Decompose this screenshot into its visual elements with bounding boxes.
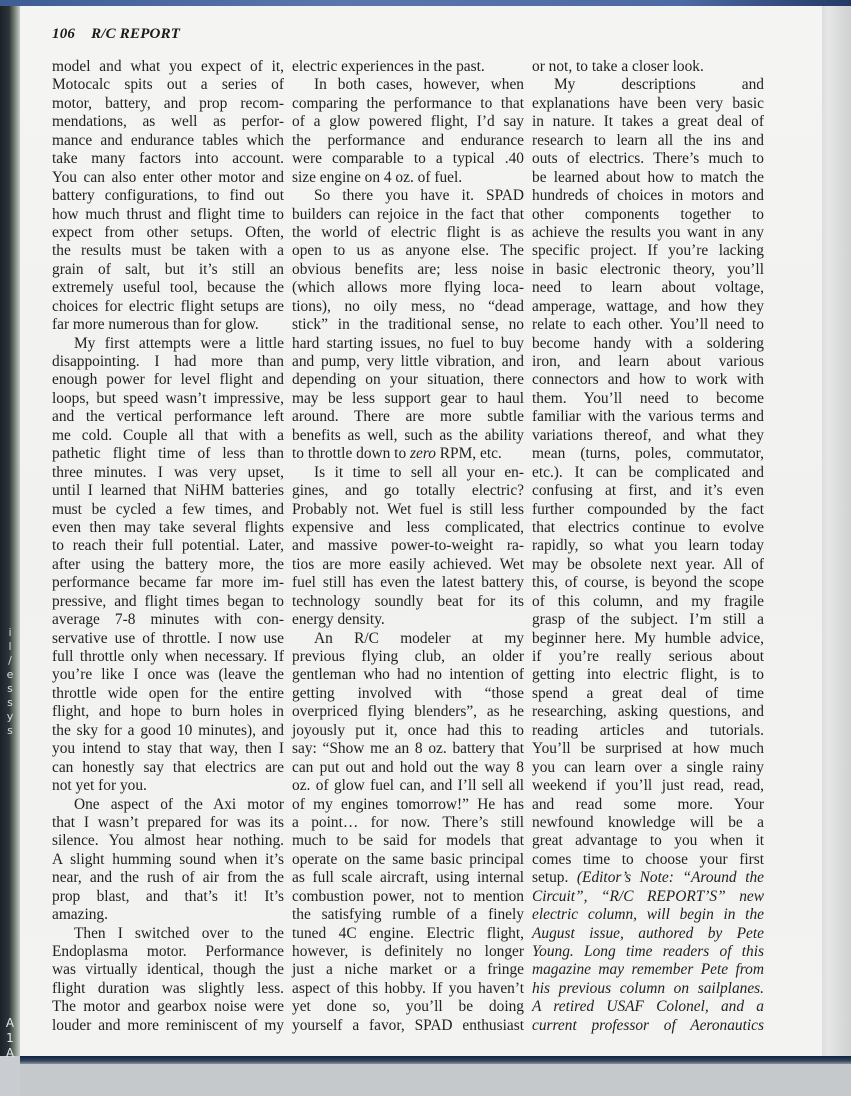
- text-line: near, and the rush of air from the: [52, 869, 284, 887]
- text-line: take many factors into account.: [52, 150, 284, 168]
- text-line: current professor of Aeronautics: [532, 1017, 764, 1035]
- text-line: the sky for a good 10 minutes), and: [52, 722, 284, 740]
- text-line: around. There are more subtle: [292, 408, 524, 426]
- text-line: me cold. Couple all that with a: [52, 427, 284, 445]
- text-line: research to learn all the ins and: [532, 132, 764, 150]
- text-line: builders can rejoice in the fact that: [292, 206, 524, 224]
- text-line: pressive, and flight times began to: [52, 593, 284, 611]
- text-line: explanations have been very basic: [532, 95, 764, 113]
- text-line: average 7-8 minutes with con-: [52, 611, 284, 629]
- text-line: this, of course, is beyond the scope: [532, 574, 764, 592]
- text-line: One aspect of the Axi motor: [52, 796, 284, 814]
- text-line: to reach their full potential. Later,: [52, 537, 284, 555]
- text-line: hard starting issues, no fuel to buy: [292, 335, 524, 353]
- text-line: benefits as well, such as the ability: [292, 427, 524, 445]
- text-line: grasp of the subject. I’m still a: [532, 611, 764, 629]
- text-line: yourself a favor, SPAD enthusiast: [292, 1017, 524, 1035]
- text-line: An R/C modeler at my: [292, 630, 524, 648]
- text-line: mance and endurance tables which: [52, 132, 284, 150]
- text-line: joyously put it, once had this to: [292, 722, 524, 740]
- text-line: battery configurations, to find out: [52, 187, 284, 205]
- text-line: Circuit”, “R/C REPORT’S” new: [532, 888, 764, 906]
- text-line: silence. You almost hear nothing.: [52, 832, 284, 850]
- text-line: a point… for now. There’s still: [292, 814, 524, 832]
- article-column-2: electric experiences in the past.In both…: [292, 58, 524, 1035]
- text-line: not yet for you.: [52, 777, 284, 795]
- text-line: three minutes. I was very upset,: [52, 464, 284, 482]
- text-line: choices for electric flight setups are: [52, 298, 284, 316]
- text-line: that electrics continue to evolve: [532, 519, 764, 537]
- text-line: just a niche market or a fringe: [292, 961, 524, 979]
- text-line: outs of electrics. There’s much to: [532, 150, 764, 168]
- text-line: you’re like I once was (leave the: [52, 666, 284, 684]
- text-line: to throttle down to zero RPM, etc.: [292, 445, 524, 463]
- text-line: pathetic flight time of less than: [52, 445, 284, 463]
- text-line: great advantage to you when it: [532, 832, 764, 850]
- text-line: were comparable to a typical .40: [292, 150, 524, 168]
- text-line: Endoplasma motor. Performance: [52, 943, 284, 961]
- text-line: throttle wide open for the entire: [52, 685, 284, 703]
- text-line: be learned about how to match the: [532, 169, 764, 187]
- text-line: previous flying club, an older: [292, 648, 524, 666]
- text-line: Young. Long time readers of this: [532, 943, 764, 961]
- text-line: can honestly say that electrics are: [52, 759, 284, 777]
- text-line: specific project. If you’re lacking: [532, 242, 764, 260]
- text-line: The motor and gearbox noise were: [52, 998, 284, 1016]
- text-line: of this column, and my fragile: [532, 593, 764, 611]
- text-line: Motocalc spits out a series of: [52, 76, 284, 94]
- text-line: reading articles and tutorials.: [532, 722, 764, 740]
- text-line: further compounded by the fact: [532, 501, 764, 519]
- text-line: them. You’ll need to become: [532, 390, 764, 408]
- text-line: depending on your situation, there: [292, 371, 524, 389]
- text-line: magazine may remember Pete from: [532, 961, 764, 979]
- text-line: rapidly, so what you learn today: [532, 537, 764, 555]
- spine-tab-char: A: [3, 1016, 17, 1031]
- text-line: or not, to take a closer look.: [532, 58, 764, 76]
- text-line: comes time to choose your first: [532, 851, 764, 869]
- spine-letter: i: [4, 626, 16, 640]
- text-line: energy density.: [292, 611, 524, 629]
- text-line: the results must be taken with a: [52, 242, 284, 260]
- running-header: 106 R/C REPORT: [52, 26, 180, 43]
- text-line: disappointing. I had more than: [52, 353, 284, 371]
- text-line: of my engines tomorrow!” He has: [292, 796, 524, 814]
- text-line: the satisfying rumble of a finely: [292, 906, 524, 924]
- text-line: hundreds of choices in motors and: [532, 187, 764, 205]
- text-line: spend a great deal of time: [532, 685, 764, 703]
- text-line: overpriced flying blenders”, as he: [292, 703, 524, 721]
- text-line: and read some more. Your: [532, 796, 764, 814]
- text-line: model and what you expect of it,: [52, 58, 284, 76]
- text-line: A retired USAF Colonel, and a: [532, 998, 764, 1016]
- text-line: can put out and hold out the way 8: [292, 759, 524, 777]
- text-line: tuned 4C engine. Electric flight,: [292, 925, 524, 943]
- facing-page-edge: [818, 6, 851, 1066]
- text-line: must be cycled a few times, and: [52, 501, 284, 519]
- text-line: You’ll be surprised at how much: [532, 740, 764, 758]
- spine-letter: s: [4, 724, 16, 738]
- text-line: In both cases, however, when: [292, 76, 524, 94]
- text-line: getting involved with “those: [292, 685, 524, 703]
- text-line: etc.). It can be complicated and: [532, 464, 764, 482]
- text-line: far more numerous than for glow.: [52, 316, 284, 334]
- text-line: familiar with the various terms and: [532, 408, 764, 426]
- text-line: however, is definitely no longer: [292, 943, 524, 961]
- spine-tab-label: A1A: [3, 1016, 17, 1061]
- text-line: gines, and go totally electric?: [292, 482, 524, 500]
- text-line: aspect of this hobby. If you haven’t: [292, 980, 524, 998]
- text-line: Is it time to sell all your en-: [292, 464, 524, 482]
- text-line: relate to each other. You’ll need to: [532, 316, 764, 334]
- scanner-bed: [20, 1064, 851, 1096]
- text-line: servative use of throttle. I now use: [52, 630, 284, 648]
- text-line: mean (turns, poles, commutator,: [532, 445, 764, 463]
- text-line: after using the battery more, the: [52, 556, 284, 574]
- text-line: his previous column on sailplanes.: [532, 980, 764, 998]
- text-line: electric column, will begin in the: [532, 906, 764, 924]
- text-line: say: “Show me an 8 oz. battery that: [292, 740, 524, 758]
- spine-letter: e: [4, 668, 16, 682]
- text-line: enough power for level flight and: [52, 371, 284, 389]
- text-line: amperage, wattage, and how they: [532, 298, 764, 316]
- spine-tab-char: 1: [3, 1031, 17, 1046]
- text-line: may be obsolete next year. All of: [532, 556, 764, 574]
- spine-partial-text: il/essys: [4, 626, 16, 738]
- text-line: tios are more easily achieved. Wet: [292, 556, 524, 574]
- binding-spine: il/essys A1A: [0, 6, 20, 1056]
- text-line: (which allows more flying loca-: [292, 279, 524, 297]
- text-line: getting into electric flight, is to: [532, 666, 764, 684]
- text-line: may be less support gear to haul: [292, 390, 524, 408]
- article-column-3: or not, to take a closer look.My descrip…: [532, 58, 764, 1035]
- text-line: and the vertical performance left: [52, 408, 284, 426]
- text-line: open to us as anyone else. The: [292, 242, 524, 260]
- article-column-1: model and what you expect of it,Motocalc…: [52, 58, 284, 1035]
- text-line: how much thrust and flight time to: [52, 206, 284, 224]
- page-number: 106: [52, 26, 75, 42]
- spine-letter: s: [4, 696, 16, 710]
- spine-letter: /: [4, 654, 16, 668]
- text-line: fuel still has even the latest battery: [292, 574, 524, 592]
- text-line: even then may take several flights: [52, 519, 284, 537]
- text-line: setup. (Editor’s Note: “Around the: [532, 869, 764, 887]
- text-line: you can learn over a single rainy: [532, 759, 764, 777]
- text-line: louder and more reminiscent of my: [52, 1017, 284, 1035]
- text-line: obvious benefits are; less noise: [292, 261, 524, 279]
- text-line: in basic electronic theory, you’ll: [532, 261, 764, 279]
- text-line: motor, battery, and prop recom-: [52, 95, 284, 113]
- text-line: variations thereof, and what they: [532, 427, 764, 445]
- text-line: much to be said for models that: [292, 832, 524, 850]
- text-line: in nature. It takes a great deal of: [532, 113, 764, 131]
- text-line: expensive and less complicated,: [292, 519, 524, 537]
- text-line: flight, and hope to burn holes in: [52, 703, 284, 721]
- text-line: expect from other setups. Often,: [52, 224, 284, 242]
- text-line: yet done so, you’ll be doing: [292, 998, 524, 1016]
- text-line: amazing.: [52, 906, 284, 924]
- text-line: You can also enter other motor and: [52, 169, 284, 187]
- text-line: technology soundly beat for its: [292, 593, 524, 611]
- text-line: was virtually identical, though the: [52, 961, 284, 979]
- text-line: stick” in the traditional sense, no: [292, 316, 524, 334]
- text-line: mendations, as well as perfor-: [52, 113, 284, 131]
- text-line: prop blast, and that’s it! It’s: [52, 888, 284, 906]
- text-line: that I wasn’t prepared for was its: [52, 814, 284, 832]
- text-line: My descriptions and: [532, 76, 764, 94]
- text-line: extremely useful tool, because the: [52, 279, 284, 297]
- text-line: full throttle only when necessary. If: [52, 648, 284, 666]
- text-line: Then I switched over to the: [52, 925, 284, 943]
- text-line: tions), no oily mess, no “dead: [292, 298, 524, 316]
- text-line: A slight humming sound when it’s: [52, 851, 284, 869]
- text-line: newfound knowledge will be a: [532, 814, 764, 832]
- text-line: My first attempts were a little: [52, 335, 284, 353]
- text-line: achieve the results you want in any: [532, 224, 764, 242]
- magazine-title: R/C REPORT: [91, 26, 180, 42]
- text-line: combustion power, not to mention: [292, 888, 524, 906]
- text-line: Probably not. Wet fuel is still less: [292, 501, 524, 519]
- text-line: researching, asking questions, and: [532, 703, 764, 721]
- text-line: of a glow powered flight, I’d say: [292, 113, 524, 131]
- text-line: become handy with a soldering: [532, 335, 764, 353]
- text-line: beginner here. My humble advice,: [532, 630, 764, 648]
- spine-letter: s: [4, 682, 16, 696]
- text-line: August issue, authored by Pete: [532, 925, 764, 943]
- text-line: if you’re really serious about: [532, 648, 764, 666]
- spine-tab-char: A: [3, 1046, 17, 1061]
- text-line: the world of electric flight is as: [292, 224, 524, 242]
- text-line: comparing the performance to that: [292, 95, 524, 113]
- text-line: until I learned that NiHM batteries: [52, 482, 284, 500]
- spine-letter: y: [4, 710, 16, 724]
- page-bottom-shadow: [20, 1056, 851, 1064]
- text-line: and pump, very little vibration, and: [292, 353, 524, 371]
- text-line: you intend to stay that way, then I: [52, 740, 284, 758]
- text-line: connectors and how to work with: [532, 371, 764, 389]
- text-line: loops, but speed wasn’t impressive,: [52, 390, 284, 408]
- text-line: oz. of glow fuel can, and I’ll sell all: [292, 777, 524, 795]
- text-line: weekend if you’ll just read, read,: [532, 777, 764, 795]
- text-line: performance became far more im-: [52, 574, 284, 592]
- text-line: iron, and learn about various: [532, 353, 764, 371]
- text-line: confusing at first, and it’s even: [532, 482, 764, 500]
- spine-letter: l: [4, 640, 16, 654]
- text-line: need to learn about voltage,: [532, 279, 764, 297]
- text-line: operate on the same basic principal: [292, 851, 524, 869]
- text-line: grain of salt, but it’s still an: [52, 261, 284, 279]
- text-line: gentleman who had no intention of: [292, 666, 524, 684]
- text-line: the performance and endurance: [292, 132, 524, 150]
- text-line: flight duration was slightly less.: [52, 980, 284, 998]
- text-line: So there you have it. SPAD: [292, 187, 524, 205]
- text-line: size engine on 4 oz. of fuel.: [292, 169, 524, 187]
- text-line: as full scale aircraft, using internal: [292, 869, 524, 887]
- text-line: and massive power-to-weight ra-: [292, 537, 524, 555]
- text-line: electric experiences in the past.: [292, 58, 524, 76]
- text-line: other components together to: [532, 206, 764, 224]
